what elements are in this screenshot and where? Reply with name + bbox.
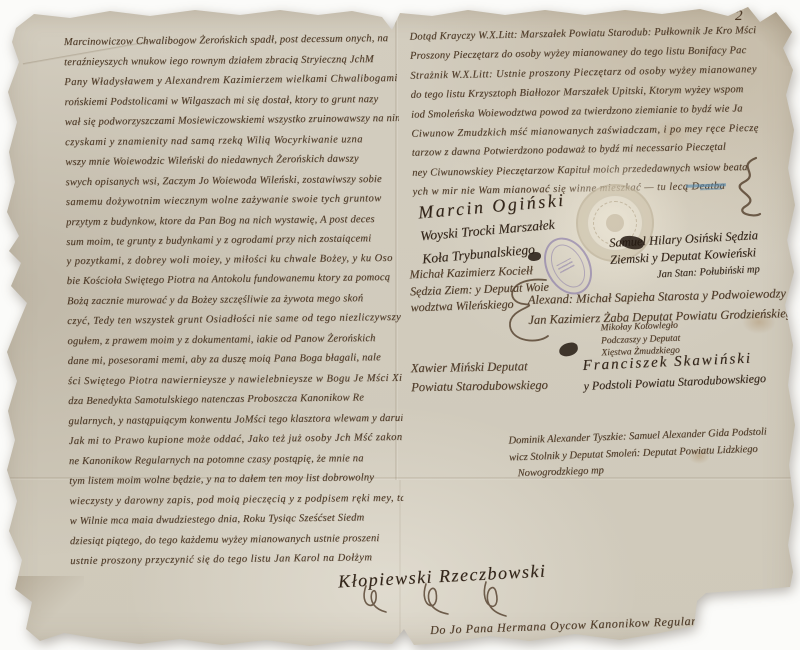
manuscript-line: przytym z budynkow, ktore da Pan Bog na … bbox=[66, 209, 400, 232]
manuscript-line: teraźnieyszych wnukow iego rownym działe… bbox=[64, 50, 398, 73]
signature-block-oginski: Marcin OgińskiWoyski Trocki MarszałekKoł… bbox=[417, 189, 570, 271]
ink-blot bbox=[558, 341, 579, 357]
manuscript-page: 2 Marcinowiczow Chwalibogow Żerońskich s… bbox=[0, 0, 800, 650]
signature-line: Xawier Miński Deputat bbox=[411, 357, 548, 378]
left-text-column: Marcinowiczow Chwalibogow Żerońskich spa… bbox=[64, 29, 405, 572]
signature-flourish-icon bbox=[356, 578, 526, 638]
pen-swash-icon bbox=[498, 274, 554, 348]
manuscript-shadow-wrapper: 2 Marcinowiczow Chwalibogow Żerońskich s… bbox=[0, 0, 800, 650]
signature-block-skawinski: Franciszek Skawińskiy Podstoli Powiatu S… bbox=[582, 348, 766, 396]
manuscript-line: ogułem, z prawem moim y z dokumentami, i… bbox=[67, 329, 401, 352]
ink-mark bbox=[758, 592, 776, 611]
signature-line: Powiatu Starodubowskiego bbox=[411, 376, 548, 397]
manuscript-line: ści Swiętego Piotra nawiernieysze y nawi… bbox=[68, 369, 402, 392]
manuscript-line: gularnych, y nastąpuiącym konwentu JoMśc… bbox=[68, 409, 402, 432]
manuscript-line: czyskami y znamienity nad samą rzeką Wil… bbox=[65, 130, 399, 153]
pen-swash-icon bbox=[498, 274, 554, 353]
manuscript-line: ne Kanonikow Regularnych na potomne czas… bbox=[69, 449, 403, 472]
pen-flourish-icon bbox=[726, 156, 768, 220]
manuscript-line: wieczysty y darowny zapis, pod moią piec… bbox=[69, 489, 403, 512]
manuscript-line: dziesiąt piątego, do tego każdemu wyżey … bbox=[70, 529, 404, 552]
manuscript-line: rońskiemi Podstolicami w Wilgaszach mi s… bbox=[64, 90, 398, 113]
bottom-left-corner-fold bbox=[14, 576, 84, 642]
manuscript-line: Bożą zacznie murować y da Bożey szczęśli… bbox=[67, 289, 401, 312]
manuscript-line: swych opisanych wsi, Zaczym Jo Woiewoda … bbox=[65, 169, 399, 192]
pen-flourish-icon bbox=[726, 156, 768, 225]
signature-flourish-icon bbox=[356, 578, 526, 643]
scan-background: 2 Marcinowiczow Chwalibogow Żerońskich s… bbox=[0, 0, 800, 650]
manuscript-line: y pozytkami, z dobrey woli moiey, y miło… bbox=[66, 249, 400, 272]
signature-block-minski: Xawier Miński DeputatPowiatu Starodubows… bbox=[411, 357, 548, 397]
signature-block-tyszkiewicz: Dominik Alexander Tyszkie: Samuel Alexan… bbox=[508, 425, 768, 483]
